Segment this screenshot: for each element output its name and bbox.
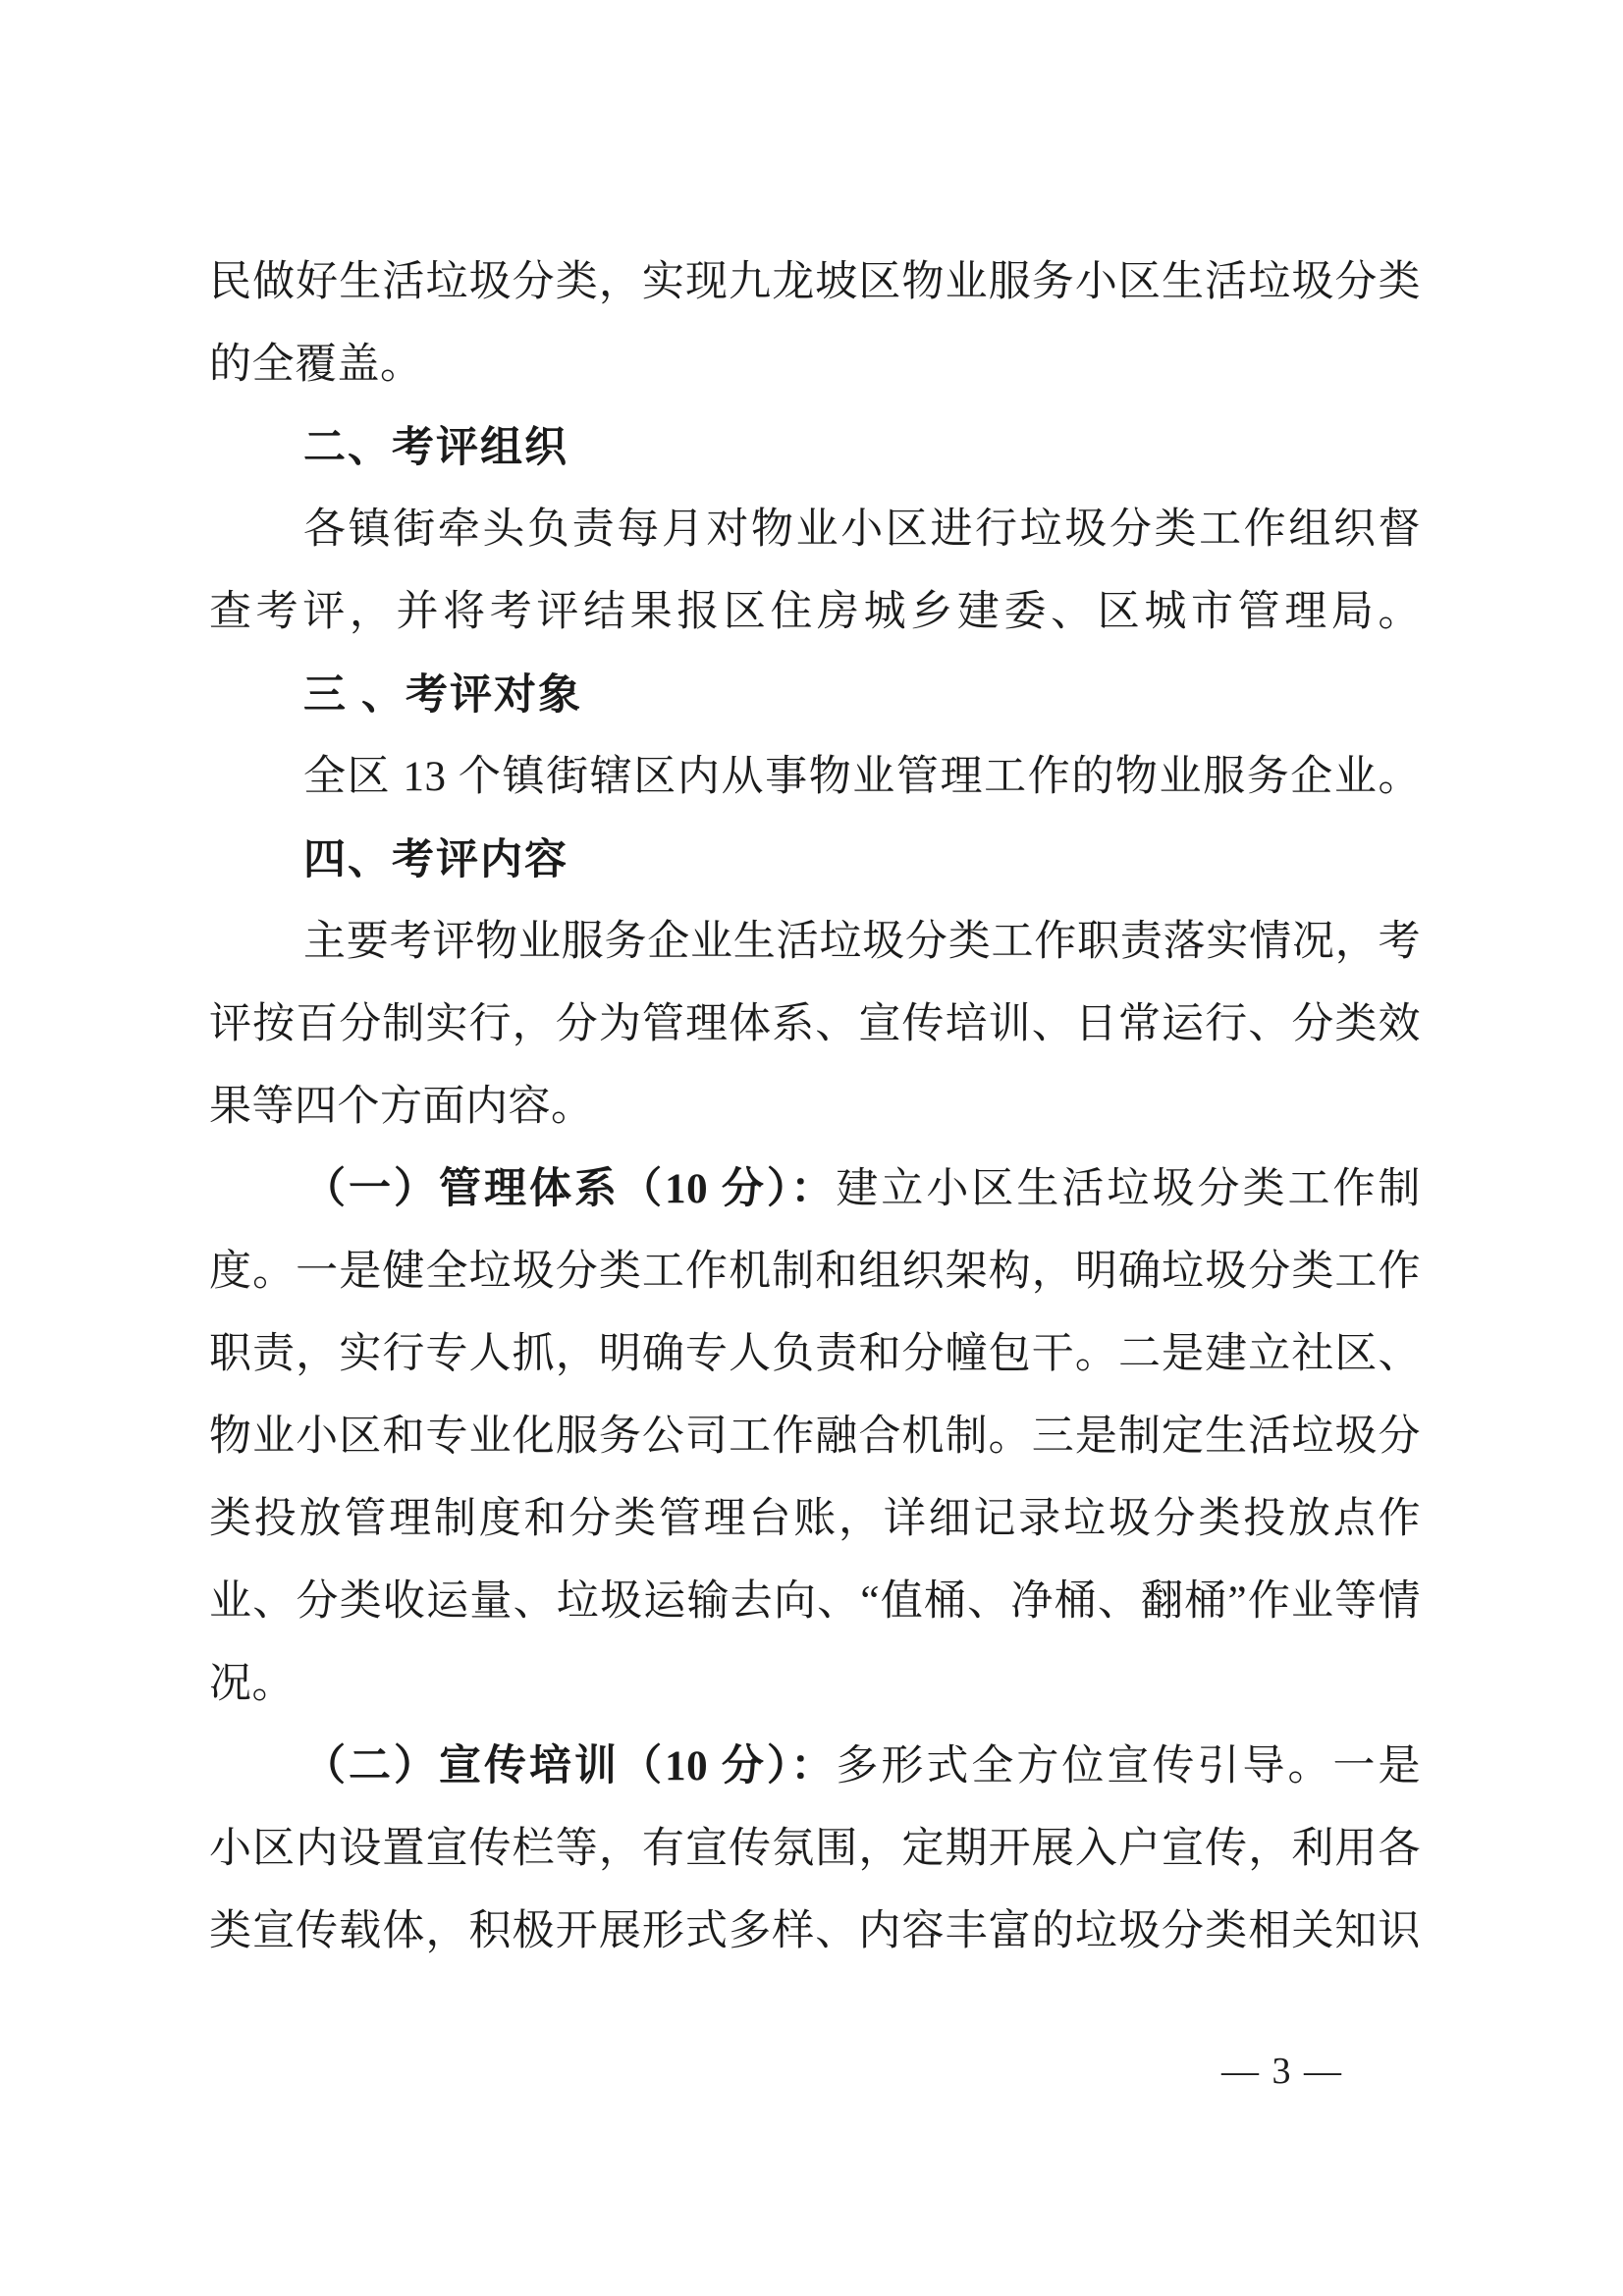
text-line: 评按百分制实行，分为管理体系、宣传培训、日常运行、分类效 [209, 984, 1421, 1066]
text-line: （二）宣传培训（10 分）：多形式全方位宣传引导。一是 [209, 1726, 1421, 1808]
subsection-text: 多形式全方位宣传引导。一是 [836, 1743, 1421, 1789]
subsection-text: 建立小区生活垃圾分类工作制 [836, 1166, 1421, 1212]
text-line: 查考评，并将考评结果报区住房城乡建委、区城市管理局。 [209, 571, 1421, 654]
text-line: 果等四个方面内容。 [209, 1066, 1421, 1148]
text-line: 职责，实行专人抓，明确专人负责和分幢包干。二是建立社区、 [209, 1313, 1421, 1396]
text-line: （一）管理体系（10 分）：建立小区生活垃圾分类工作制 [209, 1148, 1421, 1231]
text-line: 各镇街牵头负责每月对物业小区进行垃圾分类工作组织督 [209, 489, 1421, 571]
document-body: 民做好生活垃圾分类，实现九龙坡区物业服务小区生活垃圾分类 的全覆盖。 二、考评组… [209, 241, 1421, 1973]
text-line: 业、分类收运量、垃圾运输去向、“值桶、净桶、翻桶”作业等情 [209, 1561, 1421, 1643]
text-line: 全区 13 个镇街辖区内从事物业管理工作的物业服务企业。 [209, 736, 1421, 819]
page-number: — 3 — [1184, 2044, 1380, 2099]
text-line: 主要考评物业服务企业生活垃圾分类工作职责落实情况，考 [209, 901, 1421, 984]
text-line: 民做好生活垃圾分类，实现九龙坡区物业服务小区生活垃圾分类 [209, 241, 1421, 324]
text-line: 况。 [209, 1643, 1421, 1726]
subsection-label: （二）宣传培训（10 分）： [303, 1743, 836, 1789]
text-line: 度。一是健全垃圾分类工作机制和组织架构，明确垃圾分类工作 [209, 1231, 1421, 1313]
section-heading: 三 、考评对象 [209, 654, 1421, 736]
document-page: 民做好生活垃圾分类，实现九龙坡区物业服务小区生活垃圾分类 的全覆盖。 二、考评组… [0, 0, 1623, 2296]
text-line: 类投放管理制度和分类管理台账，详细记录垃圾分类投放点作 [209, 1478, 1421, 1561]
subsection-label: （一）管理体系（10 分）： [303, 1166, 836, 1212]
section-heading: 二、考评组织 [209, 406, 1421, 489]
text-line: 的全覆盖。 [209, 324, 1421, 406]
text-line: 小区内设置宣传栏等，有宣传氛围，定期开展入户宣传，利用各 [209, 1808, 1421, 1891]
section-heading: 四、考评内容 [209, 819, 1421, 901]
text-line: 类宣传载体，积极开展形式多样、内容丰富的垃圾分类相关知识 [209, 1891, 1421, 1973]
text-line: 物业小区和专业化服务公司工作融合机制。三是制定生活垃圾分 [209, 1396, 1421, 1478]
